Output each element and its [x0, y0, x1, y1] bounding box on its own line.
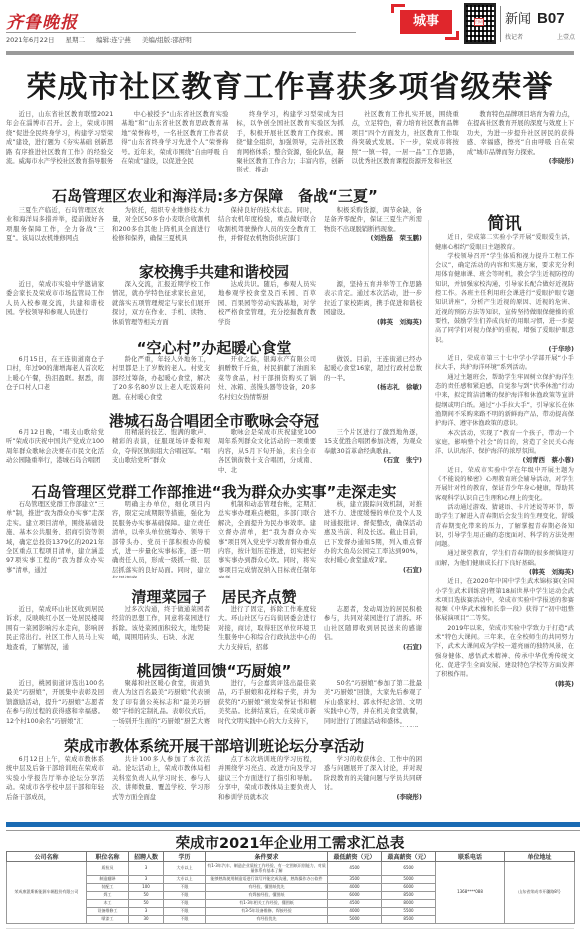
byline: (于华珍): [435, 345, 574, 354]
header-gray-bar: [6, 51, 574, 55]
article-title: 石岛管理区党群工作部推进“我为群众办实事”走深走实: [6, 481, 422, 502]
byline: (杨志礼 徐敏): [324, 383, 422, 392]
slogan: 找记者 上壹点: [505, 32, 575, 41]
brief-item: 近日，荣成市第三十七中学小学部开展“小手拉大手，共护海洋环境”系列活动。 通过主…: [435, 354, 574, 466]
byline: (李晓彤): [467, 157, 574, 166]
qr-center-label: 扫码: [474, 18, 484, 26]
byline: (韩英 刘海英): [324, 318, 422, 327]
tag-corner-decoration: [456, 31, 459, 40]
sidebar-title: 简讯: [435, 220, 574, 229]
article-body: 近日，荣成环山社区收到居民诉求，反映映红小区一处居民楼周围有一菜园影响污水走向，…: [6, 605, 422, 653]
byline: (刘浩磊 荣玉鹏): [324, 234, 422, 243]
byline: (刘青西 蔡小蓉): [435, 456, 574, 465]
weekday: 星期二: [66, 36, 86, 44]
footer-rule: [6, 928, 574, 929]
article-body: 6月12日上午，荣成市教体系统中层及后备干部培训班在荣成市实验小学报告厅举办论坛…: [6, 755, 422, 805]
article-title: 桃园街道回馈“巧厨娘”: [6, 660, 422, 681]
table-header-row: 公司名称 职位名称 招聘人数 学历 条件要求 最低薪资（元） 最高薪资（元） 联…: [7, 852, 575, 862]
news-brief-sidebar: 简讯 近日，荣成第二实验小学开展“爱眼爱生活，健康心相约”爱眼日主题教育。 学校…: [428, 220, 574, 689]
brief-item: 近日，荣成第二实验小学开展“爱眼爱生活，健康心相约”爱眼日主题教育。 学校领导召…: [435, 233, 574, 354]
byline: (石宣): [324, 643, 422, 652]
article-body: 近日，荣成市实验中学邀请家委会家长及荣成市市场监管局工作人员入校参观交流，共建和…: [6, 280, 422, 328]
lead-article-body: 近日，山东省社区教育联盟2021年会在淄博市召开。会上，荣成市围绕“促进全民终身…: [6, 110, 574, 172]
byline: (李晓彤): [324, 793, 422, 802]
article-title: 荣成市教体系统开展干部培训班论坛分享活动: [6, 735, 422, 756]
article-column: 中心被授予“山东省社区教育实验基地”和“山东省社区教育思政教育基地”荣誉称号，一…: [121, 110, 228, 172]
newspaper-masthead: 齐鲁晚报: [6, 8, 78, 33]
lead-headline: 荣成市社区教育工作喜获多项省级荣誉: [0, 62, 580, 106]
tag-corner-decoration: [391, 4, 394, 13]
byline: (韩英): [435, 680, 574, 689]
brief-item: 近日，在2020年中国中学生武术锦标赛(全国小学生武术训练营)暨第18届世界中学…: [435, 577, 574, 689]
page-section: 新闻: [505, 12, 531, 27]
page-header: 齐鲁晚报 2021年6月22日 星期二 编辑:连宁燕 美编/组版:邵舒明 城事 …: [0, 0, 580, 50]
jobs-table-title: 荣成市2021年企业用工需求汇总表: [0, 832, 580, 853]
section-divider-gray: [6, 830, 580, 831]
table-row: 荣成康派斯新能源车辆股份有限公司 质检员 3 大专以上 有1-3年汽车、制造企业…: [7, 862, 575, 876]
phone-cell: 1368****088: [436, 862, 505, 924]
brief-item: 近日，荣成市实验中学在年级中开展主题为《不能说的秘密》心理教育班会辅导活动，对学…: [435, 466, 574, 578]
publish-date: 2021年6月22日: [6, 36, 54, 44]
byline: (石宣 张宁): [324, 456, 422, 465]
editor-credit: 编辑:连宁燕: [96, 36, 131, 44]
header-divider: [500, 6, 501, 42]
jobs-table: 公司名称 职位名称 招聘人数 学历 条件要求 最低薪资（元） 最高薪资（元） 联…: [6, 851, 575, 924]
article-body: 6月15日，在王连街道南仓子口村，年过90的蒲增海老人首次吃上暖心午餐，热泪盈眶…: [6, 355, 422, 403]
article-title: 家校携手共建和谐校园: [6, 261, 422, 282]
article-body: 石岛管理区党群工作部建立“三单”制，推进“我为群众办实事”走深走实。建立项目清单…: [6, 500, 422, 578]
section-tag: 城事: [400, 10, 452, 34]
article-column: 教育特色品牌项目培育为着力点，在提高社区教育开展的深度与效度上下功夫，为进一步提…: [467, 110, 574, 172]
article-column: 社区教育工作扎实开展，围绕重点，立足特色，着力培育社区教育品牌项目”四个方面发力…: [352, 110, 459, 172]
article-title: 石岛管理区农业和海洋局:多方保障 备战“三夏”: [40, 185, 390, 206]
byline: (石宣): [324, 566, 422, 575]
page-label: 新闻B07: [505, 8, 565, 27]
section-divider-blue: [6, 822, 580, 827]
byline: (韩英 刘海英): [435, 568, 574, 577]
article-column: 近日，山东省社区教育联盟2021年会在淄博市召开。会上，荣成市围绕“促进全民终身…: [6, 110, 113, 172]
header-rule: [6, 32, 356, 33]
address-cell: 山东省荣成市开疆路8号: [505, 862, 575, 924]
page-number: B07: [537, 10, 565, 27]
company-cell: 荣成康派斯新能源车辆股份有限公司: [7, 862, 87, 924]
article-body: 三夏生产临近，石岛管理区农业和海洋局多措并举，提前做好各项服务保障工作，全力备战…: [6, 206, 422, 254]
design-credit: 美编/组版:邵舒明: [142, 36, 192, 44]
article-column: 终身学习，构建学习型荣成为目标，以争创全国社区教育实验区为抓手，积极开展社区教育…: [236, 110, 343, 172]
article-body: 近日，桃园街道评选出100名最美“巧厨娘”，开展集中表彰及回馈激励活动，提升“巧…: [6, 679, 422, 727]
article-body: 6月12日晚，“唱支山歌给党听”荣成市庆祝中国共产党成立100周年群众歌咏会决赛…: [6, 428, 422, 476]
dateline: 2021年6月22日 星期二 编辑:连宁燕 美编/组版:邵舒明: [6, 35, 201, 44]
byline: (柳桥进): [324, 726, 422, 727]
article-title: 清理菜园子 居民齐点赞: [6, 586, 422, 607]
